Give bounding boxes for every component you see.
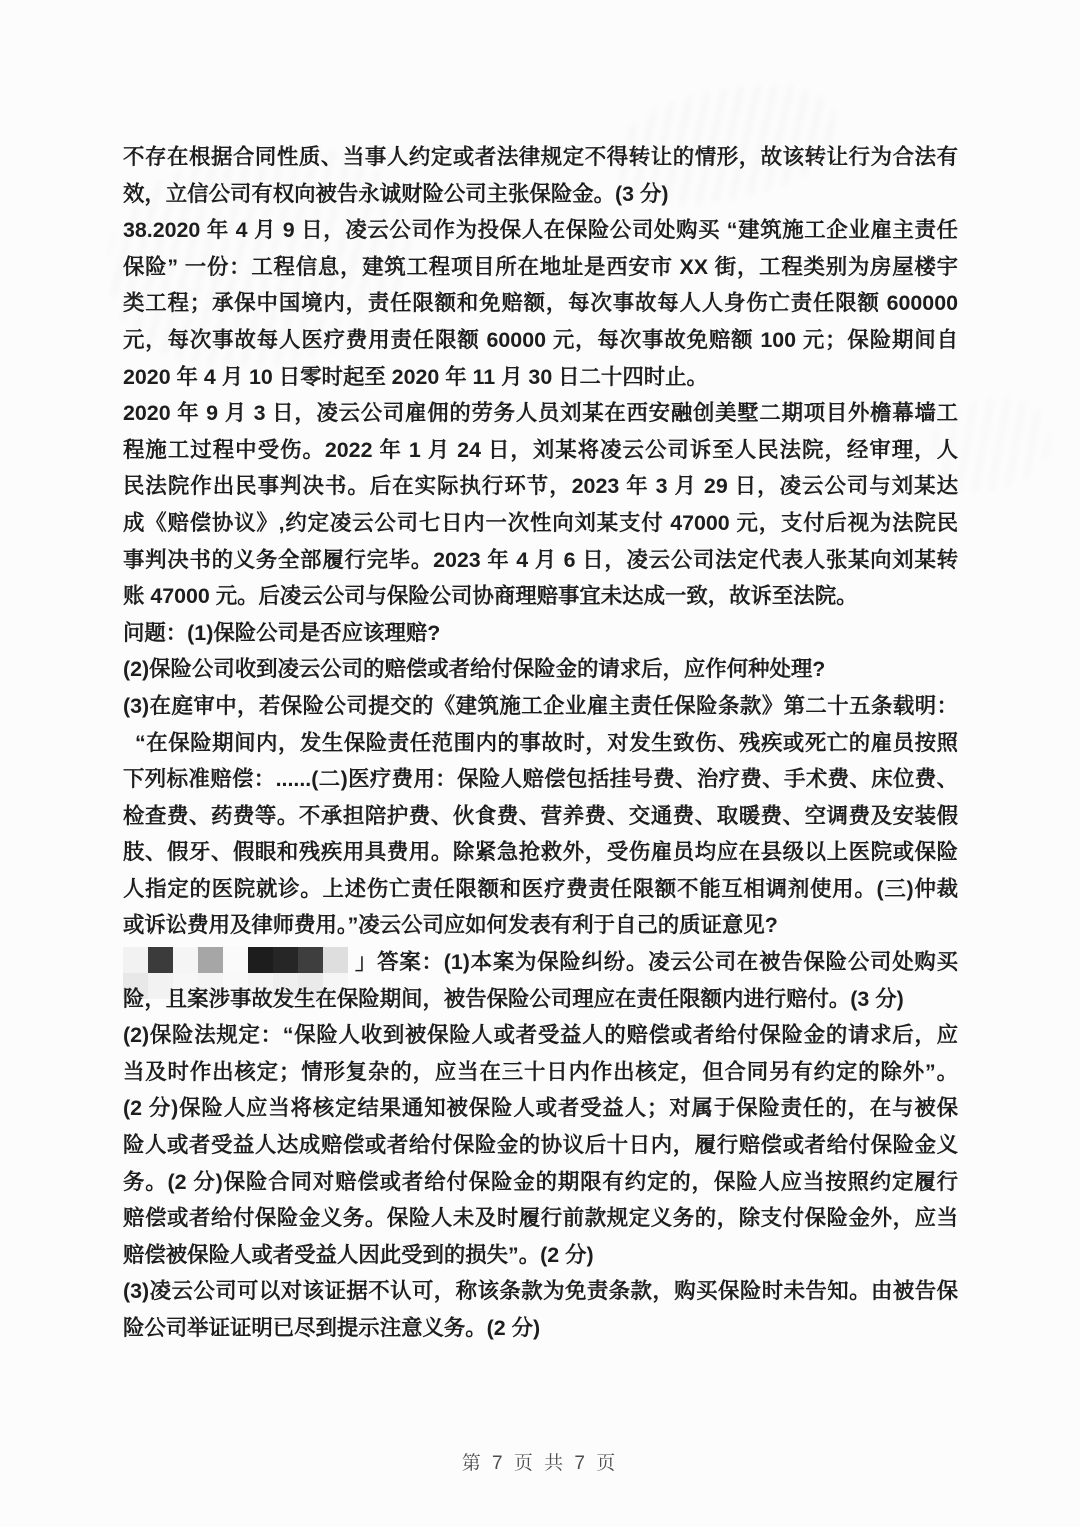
text-line: 2020 年 9 月 3 日，凌云公司雇佣的劳务人员刘某在西安融创美墅二期项目外…	[123, 395, 958, 432]
text-line: 当及时作出核定；情形复杂的，应当在三十日内作出核定，但合同另有约定的除外”。	[123, 1054, 958, 1091]
text-line: 或诉讼费用及律师费用。”凌云公司应如何发表有利于自己的质证意见?	[123, 907, 958, 944]
paragraph-question-item-2: (2)保险公司收到凌云公司的赔偿或者给付保险金的请求后，应作何种处理?	[123, 651, 958, 688]
text-line: 38.2020 年 4 月 9 日，凌云公司作为投保人在保险公司处购买 “建筑施…	[123, 212, 958, 249]
text-line: 人指定的医院就诊。上述伤亡责任限额和医疗费责任限额不能互相调剂使用。(三)仲裁	[123, 871, 958, 908]
text-line: 问题：(1)保险公司是否应该理赔?	[123, 615, 958, 652]
paragraph-question-38-policy-facts: 38.2020 年 4 月 9 日，凌云公司作为投保人在保险公司处购买 “建筑施…	[123, 212, 958, 395]
text-line: (2 分)保险人应当将核定结果通知被保险人或者受益人；对属于保险责任的，在与被保	[123, 1090, 958, 1127]
text-line: 事判决书的义务全部履行完毕。2023 年 4 月 6 日，凌云公司法定代表人张某…	[123, 542, 958, 579]
text-line: 民法院作出民事判决书。后在实际执行环节，2023 年 3 月 29 日，凌云公司…	[123, 468, 958, 505]
paragraph-question-item-3-policy-clause: (3)在庭审中，若保险公司提交的《建筑施工企业雇主责任保险条款》第二十五条载明：…	[123, 688, 958, 944]
text-line: 2020 年 4 月 10 日零时起至 2020 年 11 月 30 日二十四时…	[123, 359, 958, 396]
text-line: (3)凌云公司可以对该证据不认可，称该条款为免责条款，购买保险时未告知。由被告保	[123, 1273, 958, 1310]
page-number: 第 7 页 共 7 页	[0, 1448, 1080, 1475]
paragraph-answer-part-2: (2)保险法规定：“保险人收到被保险人或者受益人的赔偿或者给付保险金的请求后，应…	[123, 1017, 958, 1273]
text-line: 成《赔偿协议》,约定凌云公司七日内一次性向刘某支付 47000 元，支付后视为法…	[123, 505, 958, 542]
paragraph-answer-part-1: 」答案：(1)本案为保险纠纷。凌云公司在被告保险公司处购买雇主责任险，且案涉事故…	[123, 944, 958, 1017]
text-line: 类工程；承保中国境内，责任限额和免赔额，每次事故每人人身伤亡责任限额 60000…	[123, 285, 958, 322]
text-line: (2)保险法规定：“保险人收到被保险人或者受益人的赔偿或者给付保险金的请求后，应	[123, 1017, 958, 1054]
text-line: 保险” 一份：工程信息，建筑工程项目所在地址是西安市 XX 街，工程类别为房屋楼…	[123, 249, 958, 286]
text-line: 险公司举证证明已尽到提示注意义务。(2 分)	[123, 1310, 958, 1347]
text-line: 检查费、药费等。不承担陪护费、伙食费、营养费、交通费、取暖费、空调费及安装假	[123, 798, 958, 835]
paragraph-previous-answer-continuation: 不存在根据合同性质、当事人约定或者法律规定不得转让的情形，故该转让行为合法有效，…	[123, 139, 958, 212]
paragraph-answer-part-3: (3)凌云公司可以对该证据不认可，称该条款为免责条款，购买保险时未告知。由被告保…	[123, 1273, 958, 1346]
text-line: 务。(2 分)保险合同对赔偿或者给付保险金的期限有约定的，保险人应当按照约定履行	[123, 1164, 958, 1201]
text-line: 险人或者受益人达成赔偿或者给付保险金的协议后十日内，履行赔偿或者给付保险金义	[123, 1127, 958, 1164]
text-line: 」答案：(1)本案为保险纠纷。凌云公司在被告保险公司处购买雇主责任	[123, 944, 958, 981]
text-line: 账 47000 元。后凌云公司与保险公司协商理赔事宜未达成一致，故诉至法院。	[123, 578, 958, 615]
text-line: 效，立信公司有权向被告永诚财险公司主张保险金。(3 分)	[123, 176, 958, 213]
text-line: 下列标准赔偿：......(二)医疗费用：保险人赔偿包括挂号费、治疗费、手术费、…	[123, 761, 958, 798]
text-line: 肢、假牙、假眼和残疾用具费用。除紧急抢救外，受伤雇员均应在县级以上医院或保险	[123, 834, 958, 871]
text-line: 程施工过程中受伤。2022 年 1 月 24 日，刘某将凌云公司诉至人民法院，经…	[123, 432, 958, 469]
text-line: 元，每次事故每人医疗费用责任限额 60000 元，每次事故免赔额 100 元；保…	[123, 322, 958, 359]
text-line: “在保险期间内，发生保险责任范围内的事故时，对发生致伤、残疾或死亡的雇员按照	[123, 725, 958, 762]
text-line: 险，且案涉事故发生在保险期间，被告保险公司理应在责任限额内进行赔付。(3 分)	[123, 981, 958, 1018]
document-body: 不存在根据合同性质、当事人约定或者法律规定不得转让的情形，故该转让行为合法有效，…	[123, 139, 958, 1347]
text-line: 赔偿被保险人或者受益人因此受到的损失”。(2 分)	[123, 1237, 958, 1274]
paragraph-accident-and-litigation-facts: 2020 年 9 月 3 日，凌云公司雇佣的劳务人员刘某在西安融创美墅二期项目外…	[123, 395, 958, 615]
text-line: 赔偿或者给付保险金义务。保险人未及时履行前款规定义务的，除支付保险金外，应当	[123, 1200, 958, 1237]
paragraph-question-item-1: 问题：(1)保险公司是否应该理赔?	[123, 615, 958, 652]
text-line: (2)保险公司收到凌云公司的赔偿或者给付保险金的请求后，应作何种处理?	[123, 651, 958, 688]
text-line: (3)在庭审中，若保险公司提交的《建筑施工企业雇主责任保险条款》第二十五条载明：	[123, 688, 958, 725]
text-line: 不存在根据合同性质、当事人约定或者法律规定不得转让的情形，故该转让行为合法有	[123, 139, 958, 176]
scanned-document-page: 不存在根据合同性质、当事人约定或者法律规定不得转让的情形，故该转让行为合法有效，…	[0, 0, 1080, 1527]
